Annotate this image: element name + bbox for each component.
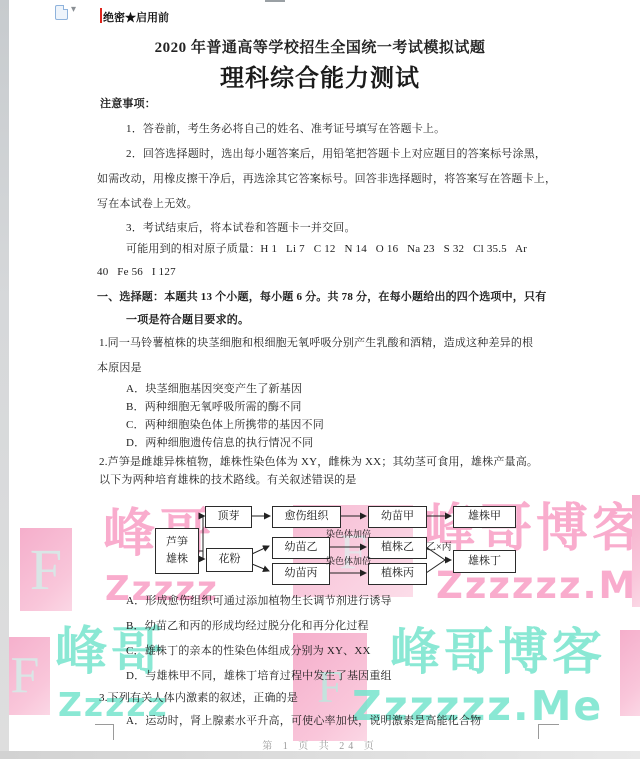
question-2-option-a: A．形成愈伤组织可通过添加植物生长调节剂进行诱导 [126, 595, 392, 608]
question-2-line1: 2.芦笋是雌雄异株植物，雄株性染色体为 XY，雌株为 XX；其幼茎可食用，雄株产… [99, 456, 538, 469]
question-1-line1: 1.同一马铃薯植株的块茎细胞和根细胞无氧呼吸分别产生乳酸和酒精，造成这种差异的根 [99, 337, 533, 350]
question-3-option-a: A．运动时，肾上腺素水平升高，可使心率加快，说明激素是高能化合物 [126, 715, 481, 728]
question-2-option-c: C．雄株丁的亲本的性染色体组成分别为 XY、XX [126, 645, 371, 658]
notice-item-1: 1．答卷前，考生务必将自己的姓名、准考证号填写在答题卡上。 [126, 123, 445, 136]
node-seedling-a: 幼苗甲 [368, 506, 427, 528]
exam-paper-page: { "chrome": { "doc_caret": "▾" }, "doc":… [0, 0, 640, 759]
page-left-edge [0, 0, 9, 759]
node-callus: 愈伤组织 [272, 506, 341, 528]
document-icon[interactable] [55, 5, 68, 20]
chevron-down-icon[interactable]: ▾ [71, 4, 76, 15]
notice-heading: 注意事项： [100, 98, 156, 111]
node-male-plant-a: 雄株甲 [453, 506, 516, 528]
print-corner-mark [538, 724, 559, 739]
notice-item-2-line1: 2．回答选择题时，选出每小题答案后，用铅笔把答题卡上对应题目的答案标号涂黑， [126, 148, 546, 161]
label-chromosome-doubling: 染色体加倍 [326, 527, 371, 540]
question-1-option-c: C．两种细胞染色体上所携带的基因不同 [126, 419, 324, 432]
notice-item-2-line3: 写在本试卷上无效。 [97, 198, 198, 211]
node-plant-b: 植株乙 [368, 537, 427, 559]
label-chromosome-doubling: 染色体加倍 [326, 554, 371, 567]
node-pollen: 花粉 [206, 548, 253, 572]
print-corner-mark [95, 724, 114, 740]
node-seedling-b: 幼苗乙 [272, 537, 330, 559]
node-top-bud: 顶芽 [205, 506, 252, 528]
node-seedling-c: 幼苗丙 [272, 563, 330, 585]
atomic-mass-line2: 40 Fe 56 I 127 [97, 266, 176, 279]
breeding-flowchart: 芦笋 雄株 顶芽 花粉 愈伤组织 幼苗乙 幼苗丙 幼苗甲 植株乙 植株丙 雄株甲… [150, 498, 530, 593]
top-margin-mark [265, 0, 285, 2]
question-2-line2: 以下为两种培育雄株的技术路线。有关叙述错误的是 [99, 474, 357, 487]
question-3-stem: 3.下列有关人体内激素的叙述，正确的是 [99, 692, 298, 705]
notice-item-2-line2: 如需改动，用橡皮擦干净后，再选涂其它答案标号。回答非选择题时，将答案写在答题卡上… [97, 173, 556, 186]
section-heading-line2: 一项是符合题目要求的。 [126, 314, 249, 327]
exam-title-line1: 2020 年普通高等学校招生全国统一考试模拟试题 [0, 36, 640, 57]
question-1-option-b: B．两种细胞无氧呼吸所需的酶不同 [126, 401, 302, 414]
question-2-option-b: B．幼苗乙和丙的形成均经过脱分化和再分化过程 [126, 620, 369, 633]
label-cross-b-x-c: 乙×丙 [426, 538, 452, 553]
question-1-option-d: D．两种细胞遗传信息的执行情况不同 [126, 437, 313, 450]
question-2-option-d: D．与雄株甲不同，雄株丁培育过程中发生了基因重组 [126, 670, 392, 683]
page-bottom-edge [0, 751, 640, 759]
question-1-option-a: A．块茎细胞基因突变产生了新基因 [126, 383, 302, 396]
section-heading-line1: 一、选择题：本题共 13 个小题，每小题 6 分。共 78 分，在每小题给出的四… [97, 291, 546, 304]
notice-item-3: 3．考试结束后，将本试卷和答题卡一并交回。 [126, 222, 356, 235]
question-1-line2: 本原因是 [97, 362, 142, 375]
node-male-plant-d: 雄株丁 [453, 550, 516, 573]
node-asparagus-male-plant: 芦笋 雄株 [155, 528, 199, 574]
node-text: 雄株 [166, 551, 188, 568]
red-caret-bar [100, 8, 102, 23]
node-text: 芦笋 [166, 534, 188, 551]
node-plant-c: 植株丙 [368, 563, 427, 585]
atomic-mass-line1: 可能用到的相对原子质量：H 1 Li 7 C 12 N 14 O 16 Na 2… [126, 243, 527, 256]
exam-title-line2: 理科综合能力测试 [0, 58, 640, 93]
security-label: 绝密★启用前 [103, 9, 169, 25]
